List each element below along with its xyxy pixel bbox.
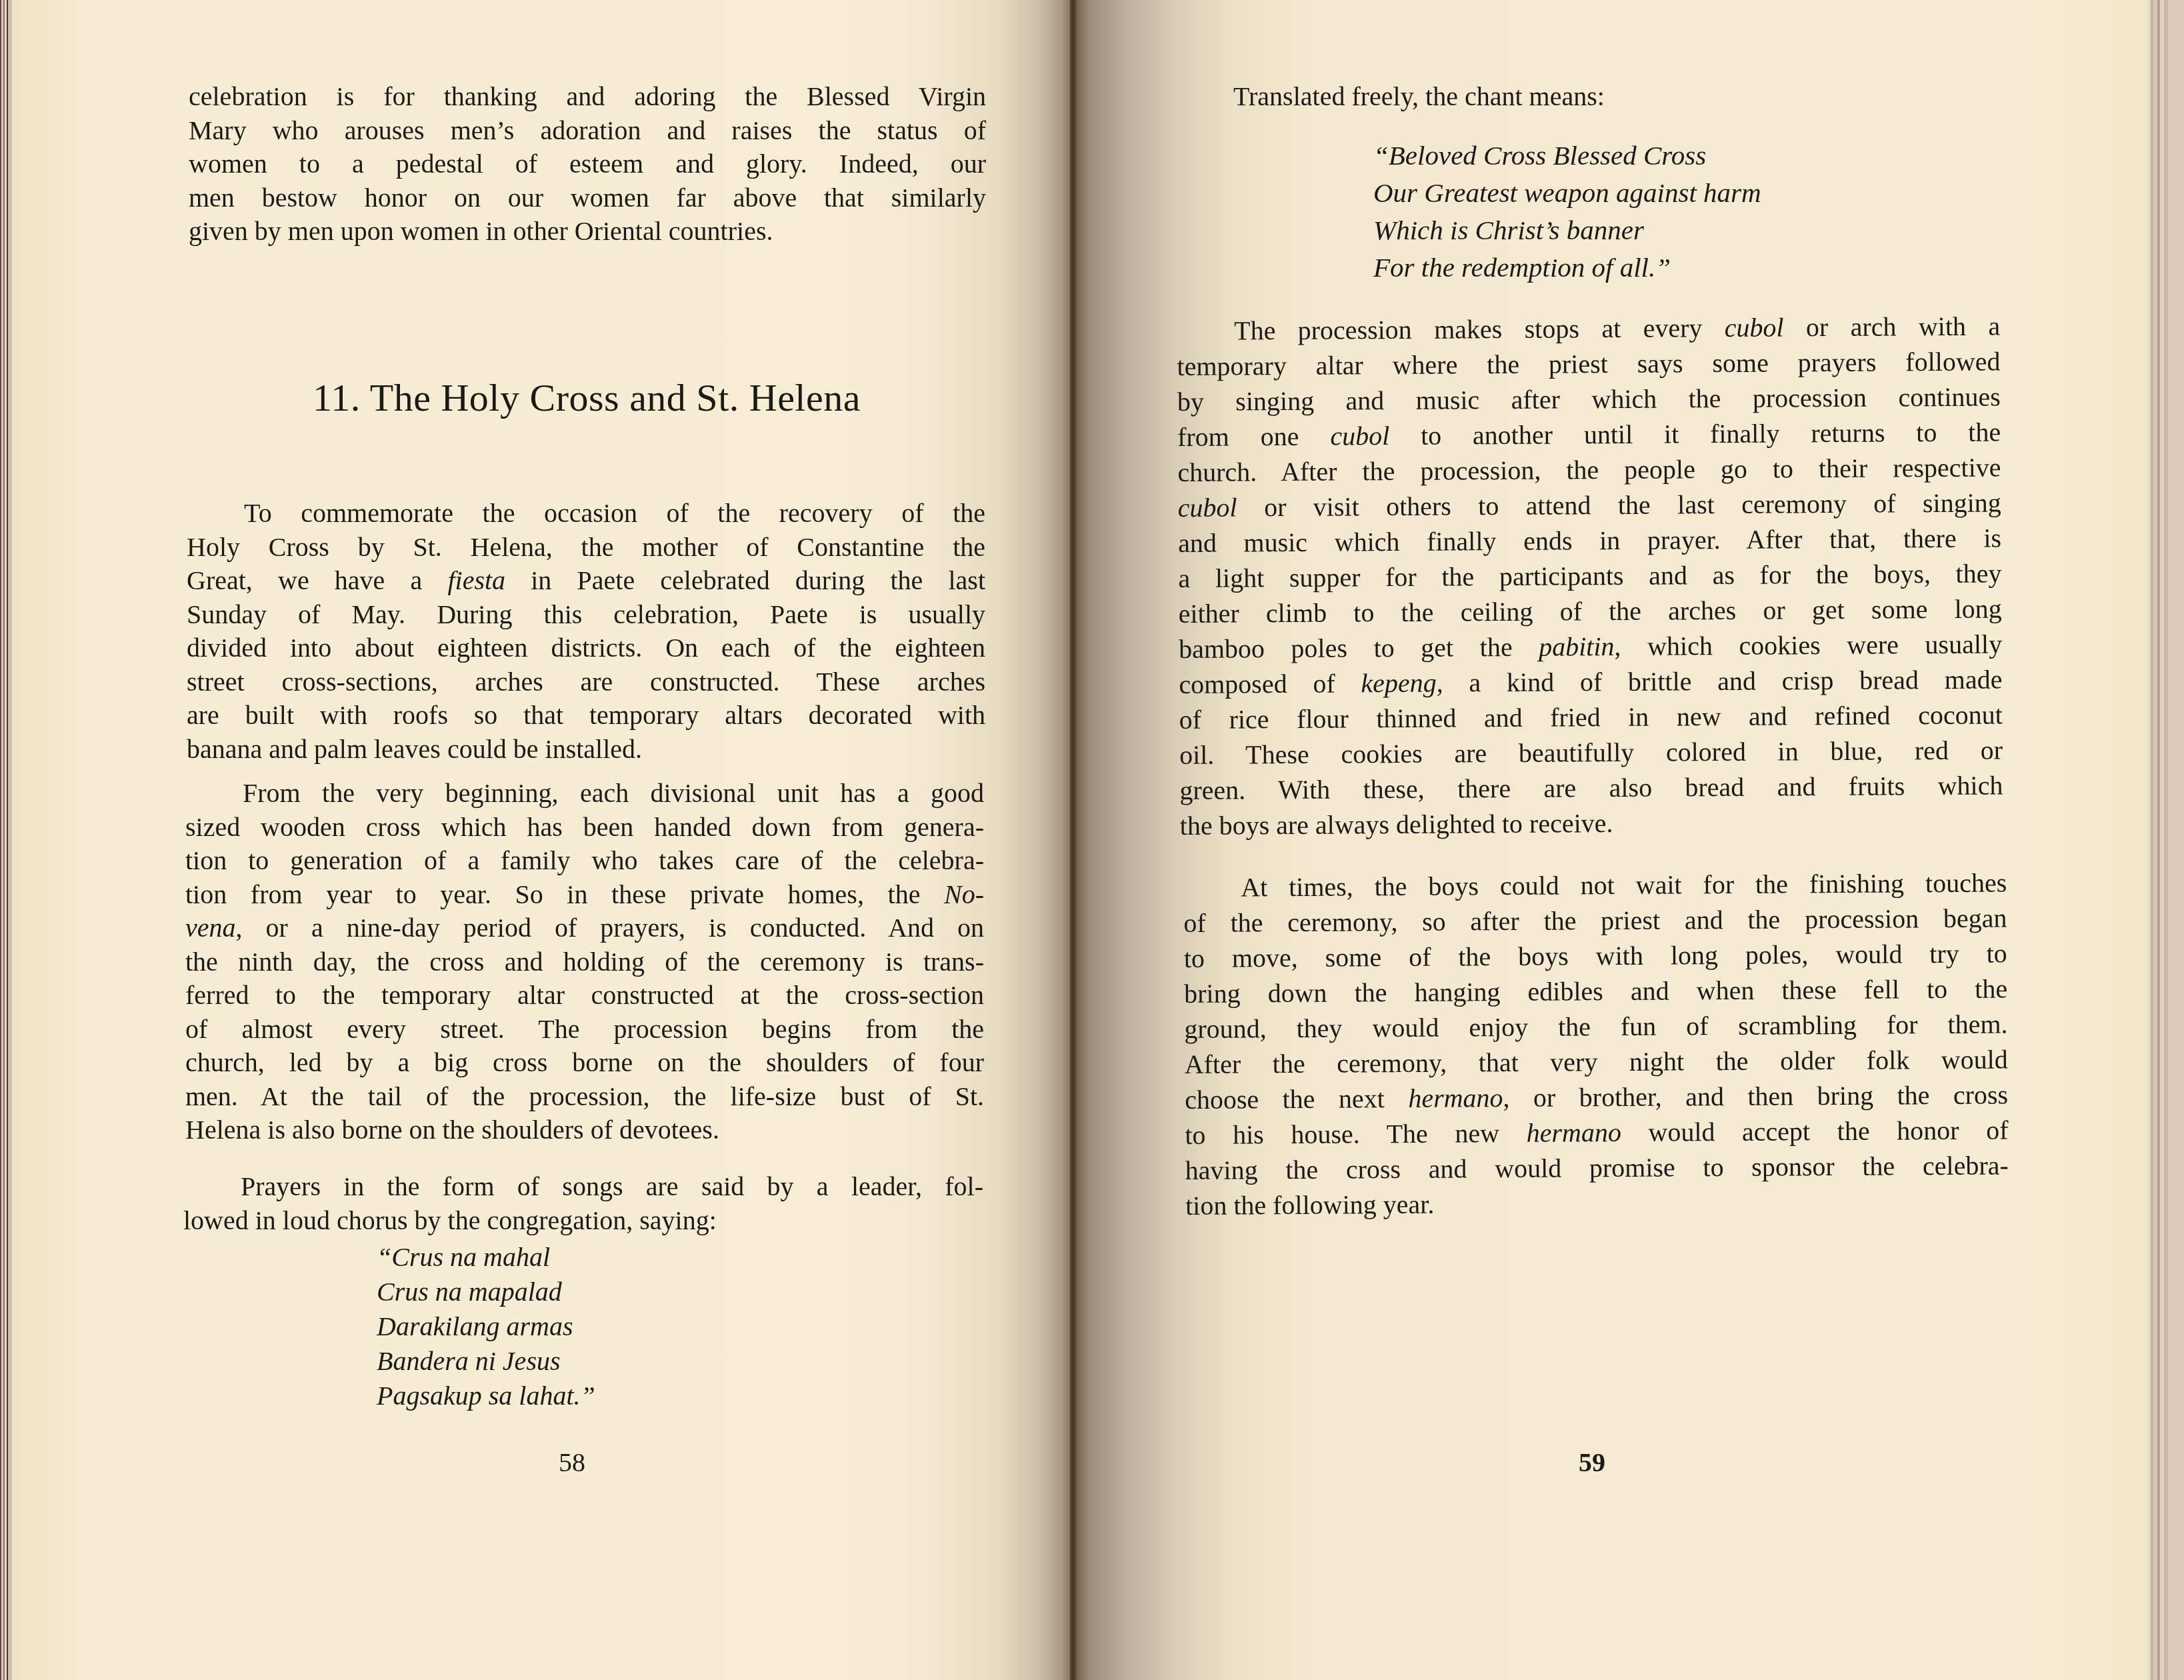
text-line: oil. These cookies are beautifully color…: [1179, 732, 2003, 773]
text-line: from one cubol to another until it final…: [1177, 414, 2001, 455]
text-line: a light supper for the participants and …: [1178, 555, 2001, 596]
text-line: Darakilang armas: [377, 1309, 843, 1344]
paragraph-holy-cross-intro: To commemorate the occasion of the recov…: [187, 497, 985, 766]
text-line: sized wooden cross which has been handed…: [185, 811, 984, 845]
text-line: For the redemption of all.”: [1373, 249, 1973, 286]
text-line: either climb to the ceiling of the arche…: [1179, 591, 2002, 631]
text-line: Which is Christ’s banner: [1373, 211, 1973, 249]
text-line: composed of kepeng, a kind of brittle an…: [1179, 661, 2002, 702]
text-line: the ninth day, the cross and holding of …: [185, 945, 984, 979]
italic-term: hermano: [1526, 1117, 1621, 1148]
paragraph-procession-stops: The procession makes stops at every cubo…: [1177, 308, 2003, 843]
paragraph-prayers: Prayers in the form of songs are said by…: [183, 1170, 983, 1237]
paragraph-wooden-cross: From the very beginning, each divisional…: [185, 777, 984, 1147]
text-line: After the ceremony, that very night the …: [1185, 1041, 2008, 1082]
italic-term: No-: [944, 879, 984, 909]
continued-paragraph: celebration is for thanking and adoring …: [189, 80, 986, 249]
text-line: Helena is also borne on the shoulders of…: [185, 1113, 984, 1147]
text-line: At times, the boys could not wait for th…: [1183, 865, 2007, 905]
text-line: bamboo poles to get the pabitin, which c…: [1179, 626, 2002, 667]
italic-term: hermano: [1408, 1083, 1503, 1113]
paragraph-boys-scramble: At times, the boys could not wait for th…: [1183, 865, 2009, 1223]
italic-term: cubol: [1725, 312, 1784, 343]
text-line: “Beloved Cross Blessed Cross: [1373, 137, 1973, 174]
text-line: celebration is for thanking and adoring …: [189, 80, 986, 114]
italic-term: cubol: [1178, 492, 1237, 523]
text-line: green. With these, there are also bread …: [1179, 767, 2003, 808]
italic-term: vena: [185, 913, 236, 943]
text-line: and music which finally ends in prayer. …: [1178, 520, 2001, 561]
italic-term: kepeng: [1361, 668, 1437, 699]
translation-intro: Translated freely, the chant means:: [1233, 80, 1900, 114]
text-line: Crus na mapalad: [377, 1275, 843, 1309]
italic-term: cubol: [1330, 421, 1389, 451]
tagalog-chant: “Crus na mahalCrus na mapaladDarakilang …: [377, 1240, 843, 1413]
text-line: vena, or a nine-day period of prayers, i…: [185, 911, 984, 945]
text-line: to his house. The new hermano would acce…: [1185, 1112, 2008, 1153]
text-line: ground, they would enjoy the fun of scra…: [1184, 1006, 2007, 1047]
text-line: To commemorate the occasion of the recov…: [187, 497, 985, 531]
text-line: Sunday of May. During this celebration, …: [187, 598, 985, 632]
left-page-edge: [0, 0, 12, 1680]
italic-term: fiesta: [447, 565, 505, 595]
text-line: of the ceremony, so after the priest and…: [1183, 900, 2007, 941]
chant-translation: “Beloved Cross Blessed CrossOur Greatest…: [1373, 137, 1973, 286]
open-book-spread: celebration is for thanking and adoring …: [0, 0, 2184, 1680]
text-line: choose the next hermano, or brother, and…: [1185, 1077, 2008, 1117]
text-line: church, led by a big cross borne on the …: [185, 1046, 984, 1080]
text-line: Pagsakup sa lahat.”: [377, 1379, 843, 1413]
text-line: street cross-sections, arches are constr…: [187, 665, 985, 699]
text-line: tion the following year.: [1185, 1183, 2009, 1223]
text-line: tion from year to year. So in these priv…: [185, 878, 984, 912]
page-number-left: 58: [559, 1447, 585, 1478]
text-line: men bestow honor on our women far above …: [189, 181, 986, 215]
text-line: to move, some of the boys with long pole…: [1184, 935, 2007, 976]
text-line: by singing and music after which the pro…: [1177, 379, 2001, 419]
text-line: lowed in loud chorus by the congregation…: [183, 1204, 983, 1238]
text-line: From the very beginning, each divisional…: [185, 777, 984, 811]
book-gutter: [1070, 0, 1077, 1680]
text-line: church. After the procession, the people…: [1177, 449, 2001, 490]
text-line: Bandera ni Jesus: [377, 1344, 843, 1379]
text-line: The procession makes stops at every cubo…: [1177, 308, 2000, 349]
text-line: the boys are always delighted to receive…: [1180, 803, 2003, 843]
text-line: having the cross and would promise to sp…: [1185, 1147, 2009, 1188]
text-line: of rice flour thinned and fried in new a…: [1179, 697, 2003, 737]
text-line: women to a pedestal of esteem and glory.…: [189, 147, 986, 181]
text-line: temporary altar where the priest says so…: [1177, 343, 2000, 384]
text-line: “Crus na mahal: [377, 1240, 843, 1275]
text-line: Prayers in the form of songs are said by…: [183, 1170, 983, 1204]
right-page-edge: [2148, 0, 2184, 1680]
text-line: Holy Cross by St. Helena, the mother of …: [187, 531, 985, 565]
text-line: men. At the tail of the procession, the …: [185, 1080, 984, 1114]
text-line: Great, we have a fiesta in Paete celebra…: [187, 564, 985, 598]
text-line: are built with roofs so that temporary a…: [187, 699, 985, 733]
text-line: bring down the hanging edibles and when …: [1184, 971, 2007, 1011]
text-line: Our Greatest weapon against harm: [1373, 174, 1973, 211]
text-line: Mary who arouses men’s adoration and rai…: [189, 114, 986, 148]
section-heading: 11. The Holy Cross and St. Helena: [260, 375, 913, 421]
text-line: banana and palm leaves could be installe…: [187, 733, 985, 767]
text-line: cubol or visit others to attend the last…: [1178, 485, 2001, 525]
italic-term: pabitin: [1539, 631, 1615, 662]
page-number-right: 59: [1579, 1447, 1605, 1478]
text-line: divided into about eighteen districts. O…: [187, 631, 985, 665]
text-line: given by men upon women in other Orienta…: [189, 215, 986, 249]
text-line: tion to generation of a family who takes…: [185, 844, 984, 878]
text-line: ferred to the temporary altar constructe…: [185, 979, 984, 1013]
text-line: of almost every street. The procession b…: [185, 1013, 984, 1047]
